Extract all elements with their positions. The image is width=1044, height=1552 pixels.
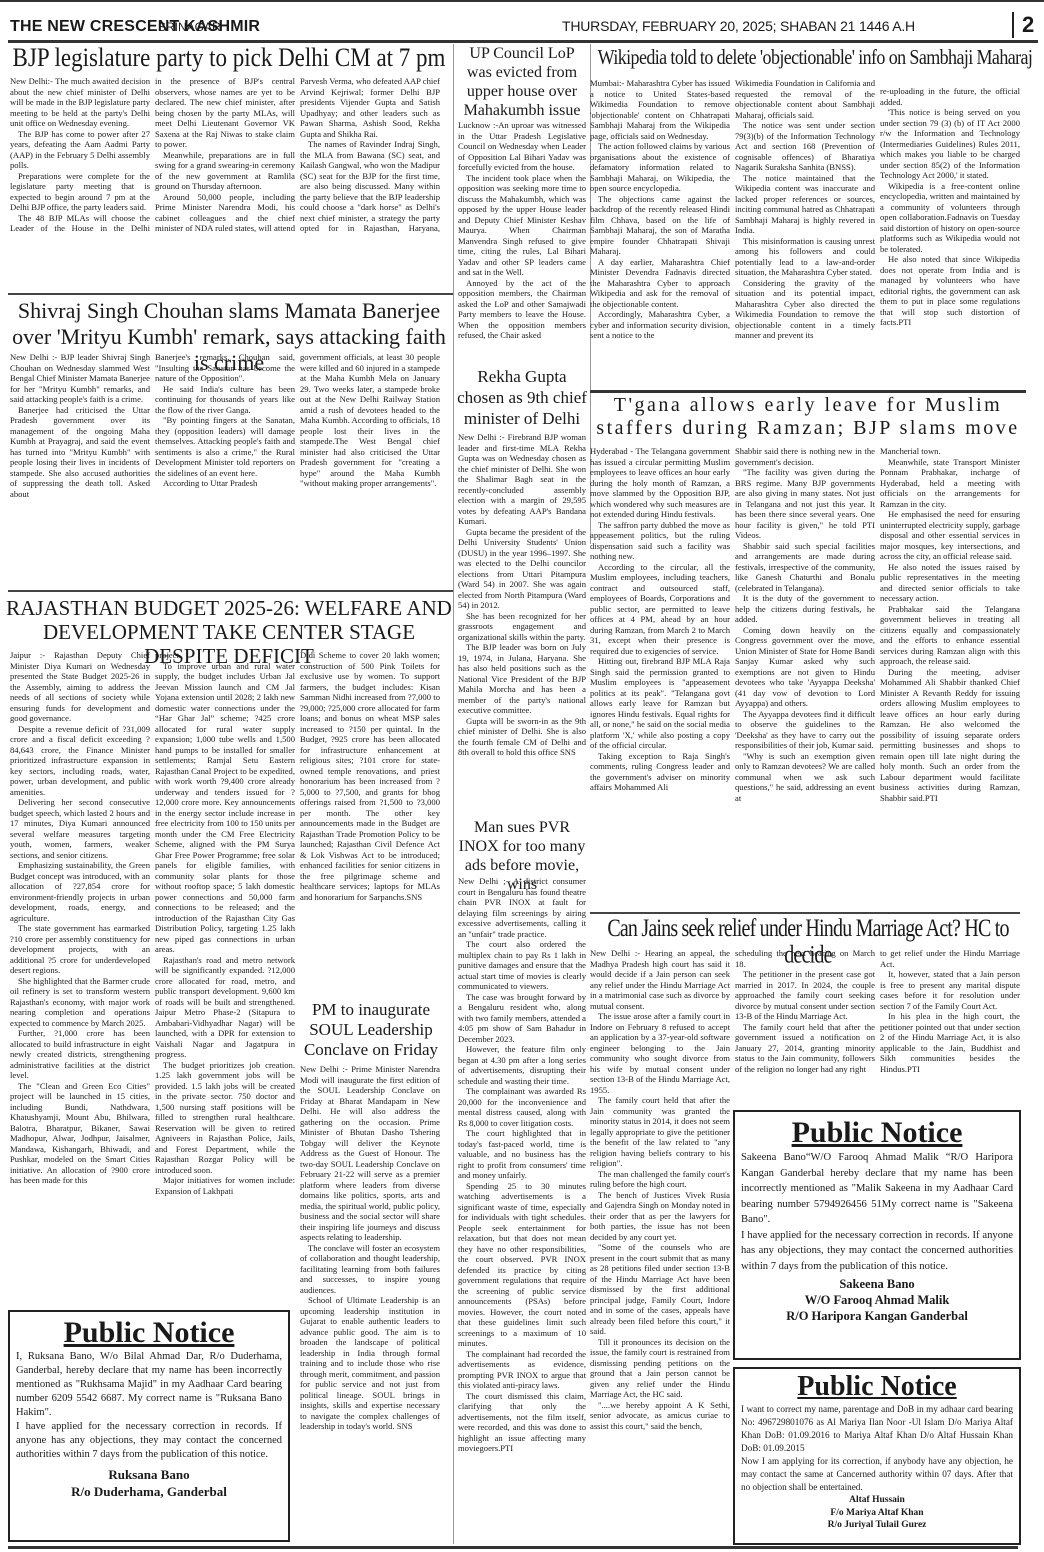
public-notice-altaf: Public Notice I want to correct my name,… [733, 1367, 1021, 1545]
divider [590, 390, 1026, 393]
headline-bjp-delhi: BJP legislature party to pick Delhi CM a… [6, 44, 452, 72]
headline-telangana: T'gana allows early leave for Muslim sta… [594, 394, 1022, 440]
notice-signature: Ruksana Bano R/o Duderhama, Ganderbal [16, 1466, 282, 1500]
issue-date: THURSDAY, FEBRUARY 20, 2025; SHABAN 21 1… [562, 18, 915, 34]
masthead: THE NEW CRESCENT KASHMIR SRINAGAR THURSD… [0, 0, 1044, 42]
notice-title: Public Notice [16, 1316, 282, 1350]
notice-body: Sakeena Bano“W/O Farooq Ahmad Malik “R/O… [741, 1150, 1013, 1274]
divider [590, 912, 1020, 914]
public-notice-sakeena: Public Notice Sakeena Bano“W/O Farooq Ah… [733, 1110, 1021, 1360]
article-rajasthan-col2: project. To improve urban and rural wate… [155, 650, 295, 1310]
article-jains-col3: to get relief under the Hindu Marriage A… [880, 948, 1020, 1098]
public-notice-ruksana: Public Notice I, Ruksana Bano, W/o Bilal… [8, 1310, 290, 1542]
article-shivraj-col2: Banerjee's remarks, Chouhan said, "Insul… [155, 352, 295, 558]
notice-title: Public Notice [741, 1116, 1013, 1150]
article-rajasthan-col1: Jaipur :- Rajasthan Deputy Chief Ministe… [10, 650, 150, 1300]
article-wikipedia-col2: Wikimedia Foundation in California and r… [735, 78, 875, 388]
newspaper-city: SRINAGAR [158, 20, 221, 34]
article-bjp-delhi-col3: Parvesh Verma, who defeated AAP chief Ar… [300, 76, 440, 236]
headline-rekha-gupta: Rekha Gupta chosen as 9th chief minister… [456, 366, 588, 429]
notice-body: I, Ruksana Bano, W/o Bilal Ahmad Dar, R/… [16, 1350, 282, 1462]
page-bottom-rule [8, 1546, 1018, 1549]
article-rajasthan-col3: Didi Scheme to cover 20 lakh women; cons… [300, 650, 440, 992]
article-telangana-col2: Shabbir said there is nothing new in the… [735, 446, 875, 888]
article-soul: New Delhi :- Prime Minister Narendra Mod… [300, 1064, 440, 1544]
divider [8, 293, 454, 295]
newspaper-title: THE NEW CRESCENT KASHMIR [10, 18, 260, 36]
article-jains-col2: scheduling the next hearing on March 18.… [735, 948, 875, 1098]
notice-body: I want to correct my name, parentage and… [741, 1403, 1013, 1494]
headline-up-council: UP Council LoP was evicted from upper ho… [456, 44, 588, 120]
article-shivraj-col3: government officials, at least 30 people… [300, 352, 440, 558]
article-wikipedia-col1: Mumbai:- Maharashtra Cyber has issued a … [590, 78, 730, 388]
article-rekha-gupta: New Delhi :- Firebrand BJP woman leader … [458, 432, 586, 814]
notice-signature: Sakeena Bano W/O Farooq Ahmad Malik R/O … [741, 1276, 1013, 1324]
article-wikipedia-col3: re-uploading in the future, the official… [880, 86, 1020, 386]
notice-title: Public Notice [741, 1371, 1013, 1403]
article-shivraj-col1: New Delhi :- BJP leader Shivraj Singh Ch… [10, 352, 150, 558]
article-jains-col1: New Delhi :- Hearing an appeal, the Madh… [590, 948, 730, 1544]
article-up-council: Lucknow :-An uproar was witnessed in the… [458, 120, 586, 362]
article-bjp-delhi-col2: in the presence of BJP's central observe… [155, 76, 295, 236]
divider [8, 590, 454, 592]
page-number: 2 [1012, 12, 1034, 38]
headline-soul-conclave: PM to inaugurate SOUL Leadership Conclav… [298, 1000, 444, 1060]
notice-signature: Altaf Hussain F/o Mariya Altaf Khan R/o … [741, 1494, 1013, 1532]
article-telangana-col1: Hyderabad - The Telangana government has… [590, 446, 730, 888]
column-rule [453, 44, 454, 1544]
headline-wikipedia: Wikipedia told to delete 'objectionable'… [592, 46, 1038, 69]
article-pvr-inox: New Delhi ;- A district consumer court i… [458, 876, 586, 1544]
article-telangana-col3: Mancherial town. Meanwhile, state Transp… [880, 446, 1020, 888]
article-bjp-delhi-col1: New Delhi:- The much awaited decision ab… [10, 76, 150, 236]
